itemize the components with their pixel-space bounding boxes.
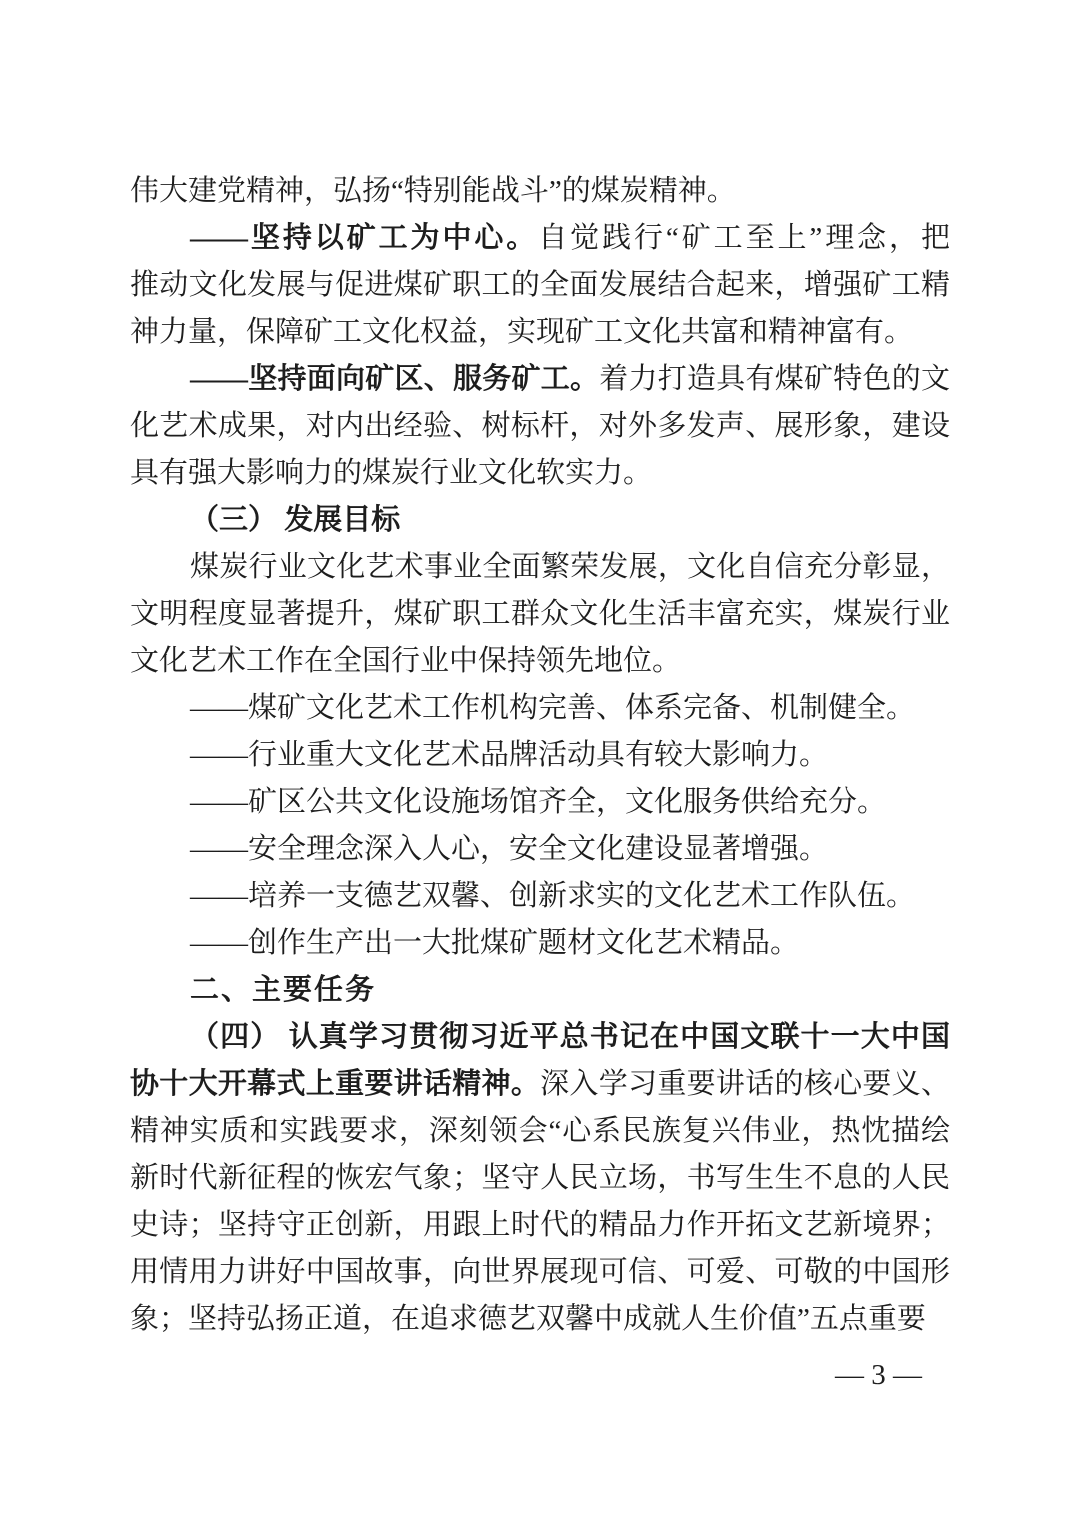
page-footer: — 3 — xyxy=(130,1352,950,1399)
text-segment-emphasis: （四） 认真学习贯彻习近平总书记在中国文联十一大中国作 xyxy=(190,1021,950,1061)
text-segment: 推动文化发展与促进煤矿职工的全面发展结合起来，增强矿工精 xyxy=(130,269,950,301)
text-line: 象；坚持弘扬正道，在追求德艺双馨中成就人生价值”五点重要 xyxy=(130,1296,950,1343)
text-segment: ——安全理念深入人心，安全文化建设显著增强。 xyxy=(190,833,828,865)
text-line: ——行业重大文化艺术品牌活动具有较大影响力。 xyxy=(130,732,950,779)
text-segment: 具有强大影响力的煤炭行业文化软实力。 xyxy=(130,457,652,489)
text-line: 文化艺术工作在全国行业中保持领先地位。 xyxy=(130,638,950,685)
text-segment-emphasis: 二、主要任务 xyxy=(190,974,376,1006)
text-line: （四） 认真学习贯彻习近平总书记在中国文联十一大中国作 xyxy=(130,1014,950,1061)
text-line: ——安全理念深入人心，安全文化建设显著增强。 xyxy=(130,826,950,873)
text-line: 史诗；坚持守正创新，用跟上时代的精品力作开拓文艺新境界； xyxy=(130,1202,950,1249)
text-line: ——创作生产出一大批煤矿题材文化艺术精品。 xyxy=(130,920,950,967)
text-line: ——矿区公共文化设施场馆齐全，文化服务供给充分。 xyxy=(130,779,950,826)
text-line: 伟大建党精神，弘扬“特别能战斗”的煤炭精神。 xyxy=(130,168,950,215)
text-line: ——坚持面向矿区、服务矿工。着力打造具有煤矿特色的文 xyxy=(130,356,950,403)
text-segment-emphasis: 协十大开幕式上重要讲话精神。 xyxy=(130,1068,540,1100)
text-segment: 着力打造具有煤矿特色的文 xyxy=(599,363,950,395)
document-body: 伟大建党精神，弘扬“特别能战斗”的煤炭精神。——坚持以矿工为中心。自觉践行“矿工… xyxy=(130,168,950,1343)
text-line: 化艺术成果，对内出经验、树标杆，对外多发声、展形象，建设 xyxy=(130,403,950,450)
text-line: 具有强大影响力的煤炭行业文化软实力。 xyxy=(130,450,950,497)
text-segment: 文明程度显著提升，煤矿职工群众文化生活丰富充实，煤炭行业 xyxy=(130,598,950,630)
text-segment: 文化艺术工作在全国行业中保持领先地位。 xyxy=(130,645,681,677)
text-line: 神力量，保障矿工文化权益，实现矿工文化共富和精神富有。 xyxy=(130,309,950,356)
text-line: （三） 发展目标 xyxy=(130,497,950,544)
text-segment: ——矿区公共文化设施场馆齐全，文化服务供给充分。 xyxy=(190,786,886,818)
text-line: ——坚持以矿工为中心。自觉践行“矿工至上”理念，把 xyxy=(130,215,950,262)
page-number: — 3 — xyxy=(835,1359,922,1391)
text-line: 新时代新征程的恢宏气象；坚守人民立场，书写生生不息的人民 xyxy=(130,1155,950,1202)
text-segment: ——煤矿文化艺术工作机构完善、体系完备、机制健全。 xyxy=(190,692,915,724)
text-segment: 神力量，保障矿工文化权益，实现矿工文化共富和精神富有。 xyxy=(130,316,913,348)
text-segment: ——培养一支德艺双馨、创新求实的文化艺术工作队伍。 xyxy=(190,880,915,912)
text-segment: ——行业重大文化艺术品牌活动具有较大影响力。 xyxy=(190,739,828,771)
text-segment: 自觉践行“矿工至上”理念，把 xyxy=(538,222,950,254)
text-segment: 新时代新征程的恢宏气象；坚守人民立场，书写生生不息的人民 xyxy=(130,1162,950,1194)
text-line: 协十大开幕式上重要讲话精神。深入学习重要讲话的核心要义、 xyxy=(130,1061,950,1108)
text-segment-emphasis: （三） 发展目标 xyxy=(190,504,400,536)
text-line: 用情用力讲好中国故事，向世界展现可信、可爱、可敬的中国形 xyxy=(130,1249,950,1296)
text-segment: 化艺术成果，对内出经验、树标杆，对外多发声、展形象，建设 xyxy=(130,410,950,442)
text-line: 精神实质和实践要求，深刻领会“心系民族复兴伟业，热忱描绘 xyxy=(130,1108,950,1155)
document-page: 伟大建党精神，弘扬“特别能战斗”的煤炭精神。——坚持以矿工为中心。自觉践行“矿工… xyxy=(0,0,1080,1528)
text-segment: 象；坚持弘扬正道，在追求德艺双馨中成就人生价值”五点重要 xyxy=(130,1303,926,1335)
text-line: 煤炭行业文化艺术事业全面繁荣发展，文化自信充分彰显， xyxy=(130,544,950,591)
text-line: 推动文化发展与促进煤矿职工的全面发展结合起来，增强矿工精 xyxy=(130,262,950,309)
text-segment: 用情用力讲好中国故事，向世界展现可信、可爱、可敬的中国形 xyxy=(130,1256,950,1288)
text-line: 文明程度显著提升，煤矿职工群众文化生活丰富充实，煤炭行业 xyxy=(130,591,950,638)
text-segment: 深入学习重要讲话的核心要义、 xyxy=(540,1068,950,1100)
text-segment: 精神实质和实践要求，深刻领会“心系民族复兴伟业，热忱描绘 xyxy=(130,1115,950,1147)
text-segment: 伟大建党精神，弘扬“特别能战斗”的煤炭精神。 xyxy=(130,175,736,207)
text-segment-emphasis: ——坚持面向矿区、服务矿工。 xyxy=(190,363,599,395)
text-line: ——煤矿文化艺术工作机构完善、体系完备、机制健全。 xyxy=(130,685,950,732)
text-line: ——培养一支德艺双馨、创新求实的文化艺术工作队伍。 xyxy=(130,873,950,920)
text-segment-emphasis: ——坚持以矿工为中心。 xyxy=(190,222,538,254)
text-segment: 史诗；坚持守正创新，用跟上时代的精品力作开拓文艺新境界； xyxy=(130,1209,950,1241)
text-segment: ——创作生产出一大批煤矿题材文化艺术精品。 xyxy=(190,927,799,959)
text-line: 二、主要任务 xyxy=(130,967,950,1014)
text-segment: 煤炭行业文化艺术事业全面繁荣发展，文化自信充分彰显， xyxy=(190,551,950,583)
